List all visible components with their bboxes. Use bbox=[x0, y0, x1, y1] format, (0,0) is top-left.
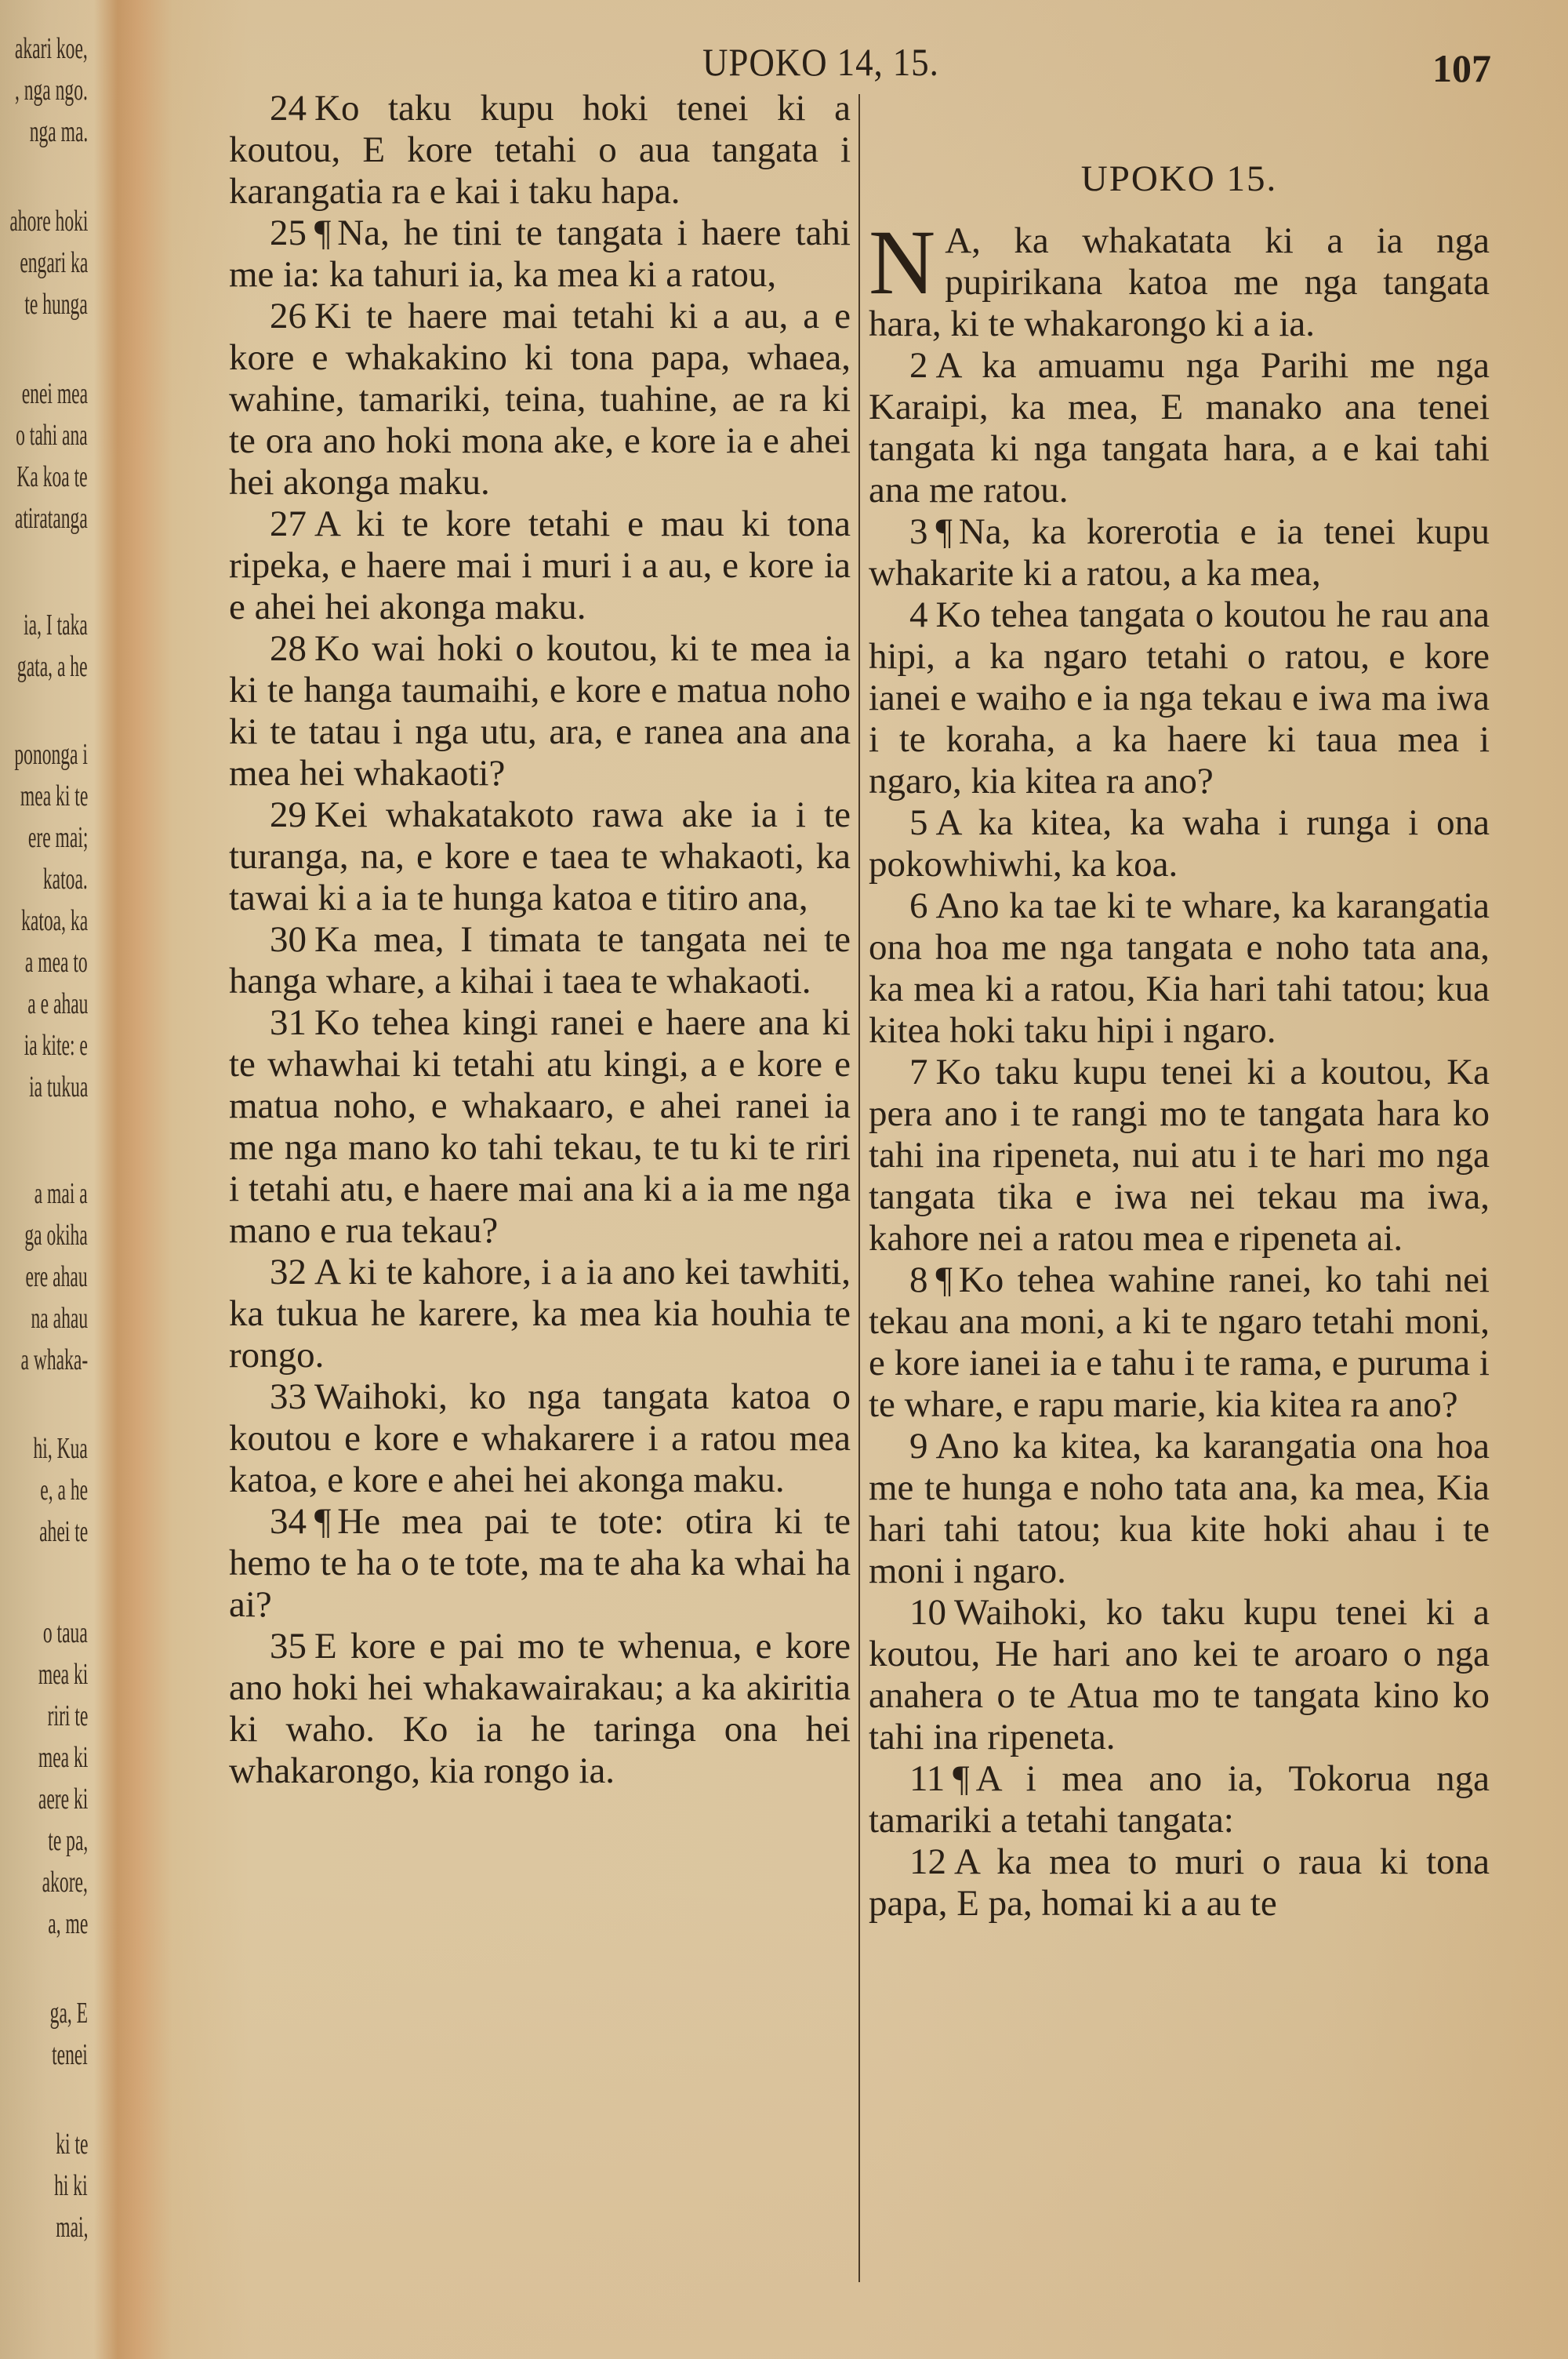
facing-page-fragment: ki te bbox=[56, 2127, 88, 2161]
facing-page-fragment: nga ma. bbox=[29, 114, 88, 149]
verse-number: 33 bbox=[270, 1376, 307, 1417]
verse-number: 5 bbox=[909, 802, 928, 843]
verse-text: Ko taku kupu hoki tenei ki a koutou, E k… bbox=[229, 88, 851, 212]
verse-32: 32A ki te kahore, i a ia ano kei tawhiti… bbox=[229, 1252, 851, 1376]
facing-page-fragment: atiratanga bbox=[15, 501, 88, 536]
right-column-chapter-15: UPOKO 15. NA, ka whakatata ki a ia nga p… bbox=[869, 88, 1490, 1925]
facing-page-fragment: hi, Kua bbox=[34, 1431, 88, 1466]
verse-4: 4Ko tehea tangata o koutou he rau ana hi… bbox=[869, 594, 1490, 802]
facing-page-fragment: mea ki bbox=[38, 1740, 88, 1775]
facing-page-fragment: tenei bbox=[52, 2037, 88, 2072]
verse-number: 24 bbox=[270, 88, 307, 129]
verse-text: Waihoki, ko nga tangata katoa o koutou e… bbox=[229, 1376, 851, 1500]
facing-page-fragment: ia kite: e bbox=[24, 1028, 88, 1063]
facing-page-fragment: ga, E bbox=[50, 1996, 88, 2030]
facing-page-fragment: katoa, ka bbox=[21, 903, 88, 938]
verse-number: 26 bbox=[270, 296, 307, 336]
facing-page-fragment: enei mea bbox=[22, 376, 88, 411]
verse-6: 6Ano ka tae ki te whare, ka karangatia o… bbox=[869, 885, 1490, 1052]
verse-number: 12 bbox=[909, 1841, 946, 1882]
verse-26: 26Ki te haere mai tetahi ki a au, a e ko… bbox=[229, 296, 851, 503]
left-column-chapter-14: 24Ko taku kupu hoki tenei ki a koutou, E… bbox=[229, 88, 851, 1792]
verse-8: 8¶Ko tehea wahine ranei, ko tahi nei tek… bbox=[869, 1259, 1490, 1426]
facing-page-fragment: riri te bbox=[47, 1699, 88, 1733]
verse-number: 10 bbox=[909, 1592, 946, 1633]
verse-35: 35E kore e pai mo te whenua, e kore ano … bbox=[229, 1626, 851, 1792]
verse-number: 27 bbox=[270, 503, 307, 544]
facing-page-fragment: mea ki te bbox=[20, 779, 88, 813]
facing-page-fragment: mea ki bbox=[38, 1657, 88, 1692]
facing-page-fragment: akari koe, bbox=[15, 31, 88, 66]
verse-number: 31 bbox=[270, 1002, 307, 1043]
facing-page-fragment: akore, bbox=[42, 1865, 88, 1899]
verse-text: Waihoki, ko taku kupu tenei ki a koutou,… bbox=[869, 1592, 1490, 1757]
facing-page-edge: akari koe,, nga ngo.nga ma.ahore hokieng… bbox=[0, 0, 110, 2359]
facing-page-fragment: ere ahau bbox=[26, 1259, 88, 1294]
facing-page-fragment: pononga i bbox=[14, 737, 88, 772]
facing-page-fragment: a whaka- bbox=[20, 1343, 88, 1377]
verse-number: 29 bbox=[270, 794, 307, 835]
verse-number: 2 bbox=[909, 345, 928, 386]
facing-page-fragment: a e ahau bbox=[27, 987, 88, 1021]
facing-page-fragment: ere mai; bbox=[27, 820, 88, 855]
facing-page-fragment: te hunga bbox=[25, 287, 88, 322]
verse-text: Kei whakatakoto rawa ake ia i te turanga… bbox=[229, 794, 851, 918]
verse-24: 24Ko taku kupu hoki tenei ki a koutou, E… bbox=[229, 88, 851, 213]
facing-page-fragment: e, a he bbox=[40, 1473, 88, 1507]
verse-2: 2A ka amuamu nga Parihi me nga Karaipi, … bbox=[869, 345, 1490, 511]
facing-page-fragment: a mai a bbox=[34, 1176, 88, 1211]
facing-page-fragment: gata, a he bbox=[17, 649, 88, 684]
verse-number: 30 bbox=[270, 919, 307, 960]
verse-text: Ano ka tae ki te whare, ka karangatia on… bbox=[869, 885, 1490, 1051]
verse-3: 3¶Na, ka korerotia e ia tenei kupu whaka… bbox=[869, 511, 1490, 594]
verse-text: A, ka whakatata ki a ia nga pupirikana k… bbox=[869, 220, 1490, 344]
verse-1: NA, ka whakatata ki a ia nga pupirikana … bbox=[869, 220, 1490, 345]
verse-text: Na, ka korerotia e ia tenei kupu whakari… bbox=[869, 511, 1490, 594]
verse-number: 11 bbox=[909, 1758, 945, 1799]
facing-page-fragment: ia tukua bbox=[29, 1070, 88, 1104]
verse-text: E kore e pai mo te whenua, e kore ano ho… bbox=[229, 1626, 851, 1791]
facing-page-fragment: mai, bbox=[56, 2210, 88, 2245]
facing-page-fragment: te pa, bbox=[48, 1823, 88, 1858]
verse-31: 31Ko tehea kingi ranei e haere ana ki te… bbox=[229, 1002, 851, 1252]
pilcrow-icon: ¶ bbox=[314, 1501, 331, 1542]
facing-page-fragment: a mea to bbox=[25, 945, 88, 980]
facing-page-fragment: o tahi ana bbox=[16, 418, 88, 453]
verse-list: 2A ka amuamu nga Parihi me nga Karaipi, … bbox=[869, 345, 1490, 1925]
verse-27: 27A ki te kore tetahi e mau ki tona ripe… bbox=[229, 503, 851, 628]
verse-12: 12A ka mea to muri o raua ki tona papa, … bbox=[869, 1841, 1490, 1925]
verse-number: 35 bbox=[270, 1626, 307, 1667]
verse-number: 9 bbox=[909, 1426, 928, 1467]
verse-30: 30Ka mea, I timata te tangata nei te han… bbox=[229, 919, 851, 1002]
facing-page-fragment: a, me bbox=[48, 1906, 88, 1941]
verse-text: Ko tehea kingi ranei e haere ana ki te w… bbox=[229, 1002, 851, 1251]
verse-text: A ka amuamu nga Parihi me nga Karaipi, k… bbox=[869, 345, 1490, 511]
verse-text: A ki te kore tetahi e mau ki tona ripeka… bbox=[229, 503, 851, 627]
verse-text: Ko wai hoki o koutou, ki te mea ia ki te… bbox=[229, 628, 851, 794]
verse-number: 25 bbox=[270, 213, 307, 253]
column-divider-rule bbox=[858, 94, 860, 2282]
verse-10: 10Waihoki, ko taku kupu tenei ki a kouto… bbox=[869, 1592, 1490, 1758]
pilcrow-icon: ¶ bbox=[936, 511, 953, 552]
verse-text: Ko tehea wahine ranei, ko tahi nei tekau… bbox=[869, 1259, 1490, 1425]
facing-page-fragment: aere ki bbox=[38, 1782, 88, 1816]
page-number: 107 bbox=[1432, 45, 1491, 91]
verse-number: 8 bbox=[909, 1259, 928, 1300]
verse-number: 32 bbox=[270, 1252, 307, 1292]
verse-number: 3 bbox=[909, 511, 928, 552]
facing-page-fragment: Ka koa te bbox=[17, 460, 88, 494]
running-head: UPOKO 14, 15. bbox=[702, 39, 939, 85]
facing-page-fragment: katoa. bbox=[43, 862, 88, 896]
pilcrow-icon: ¶ bbox=[314, 213, 331, 253]
verse-number: 28 bbox=[270, 628, 307, 669]
verse-number: 7 bbox=[909, 1052, 928, 1092]
facing-page-fragment: ga okiha bbox=[25, 1218, 88, 1252]
verse-text: Ko tehea tangata o koutou he rau ana hip… bbox=[869, 594, 1490, 801]
facing-page-fragment: hi ki bbox=[54, 2168, 88, 2203]
verse-number: 4 bbox=[909, 594, 928, 635]
verse-text: A ki te kahore, i a ia ano kei tawhiti, … bbox=[229, 1252, 851, 1376]
verse-text: Ano ka kitea, ka karangatia ona hoa me t… bbox=[869, 1426, 1490, 1591]
verse-text: Ka mea, I timata te tangata nei te hanga… bbox=[229, 919, 851, 1001]
verse-7: 7Ko taku kupu tenei ki a koutou, Ka pera… bbox=[869, 1052, 1490, 1259]
facing-page-fragment: ahei te bbox=[39, 1514, 88, 1549]
verse-33: 33Waihoki, ko nga tangata katoa o koutou… bbox=[229, 1376, 851, 1501]
verse-number: 34 bbox=[270, 1501, 307, 1542]
verse-9: 9Ano ka kitea, ka karangatia ona hoa me … bbox=[869, 1426, 1490, 1592]
verse-11: 11¶A i mea ano ia, Tokorua nga tamariki … bbox=[869, 1758, 1490, 1841]
verse-text: Ko taku kupu tenei ki a koutou, Ka pera … bbox=[869, 1052, 1490, 1259]
verse-25: 25¶Na, he tini te tangata i haere tahi m… bbox=[229, 213, 851, 296]
verse-text: Ki te haere mai tetahi ki a au, a e kore… bbox=[229, 296, 851, 503]
verse-text: A ka kitea, ka waha i runga i ona pokowh… bbox=[869, 802, 1490, 885]
drop-cap-letter: N bbox=[869, 224, 935, 302]
pilcrow-icon: ¶ bbox=[936, 1259, 953, 1300]
pilcrow-icon: ¶ bbox=[953, 1758, 969, 1799]
facing-page-fragment: na ahau bbox=[31, 1301, 88, 1336]
chapter-title: UPOKO 15. bbox=[869, 158, 1490, 200]
verse-5: 5A ka kitea, ka waha i runga i ona pokow… bbox=[869, 802, 1490, 885]
facing-page-fragment: o taua bbox=[43, 1616, 88, 1650]
facing-page-fragment: ia, I taka bbox=[24, 608, 88, 642]
verse-28: 28Ko wai hoki o koutou, ki te mea ia ki … bbox=[229, 628, 851, 794]
verse-34: 34¶He mea pai te tote: otira ki te hemo … bbox=[229, 1501, 851, 1626]
verse-text: A ka mea to muri o raua ki tona papa, E … bbox=[869, 1841, 1490, 1924]
verse-number: 6 bbox=[909, 885, 928, 926]
facing-page-fragment: ahore hoki bbox=[9, 204, 88, 238]
verse-29: 29Kei whakatakoto rawa ake ia i te turan… bbox=[229, 794, 851, 919]
facing-page-fragment: engari ka bbox=[20, 245, 88, 280]
facing-page-fragment: , nga ngo. bbox=[15, 73, 88, 107]
